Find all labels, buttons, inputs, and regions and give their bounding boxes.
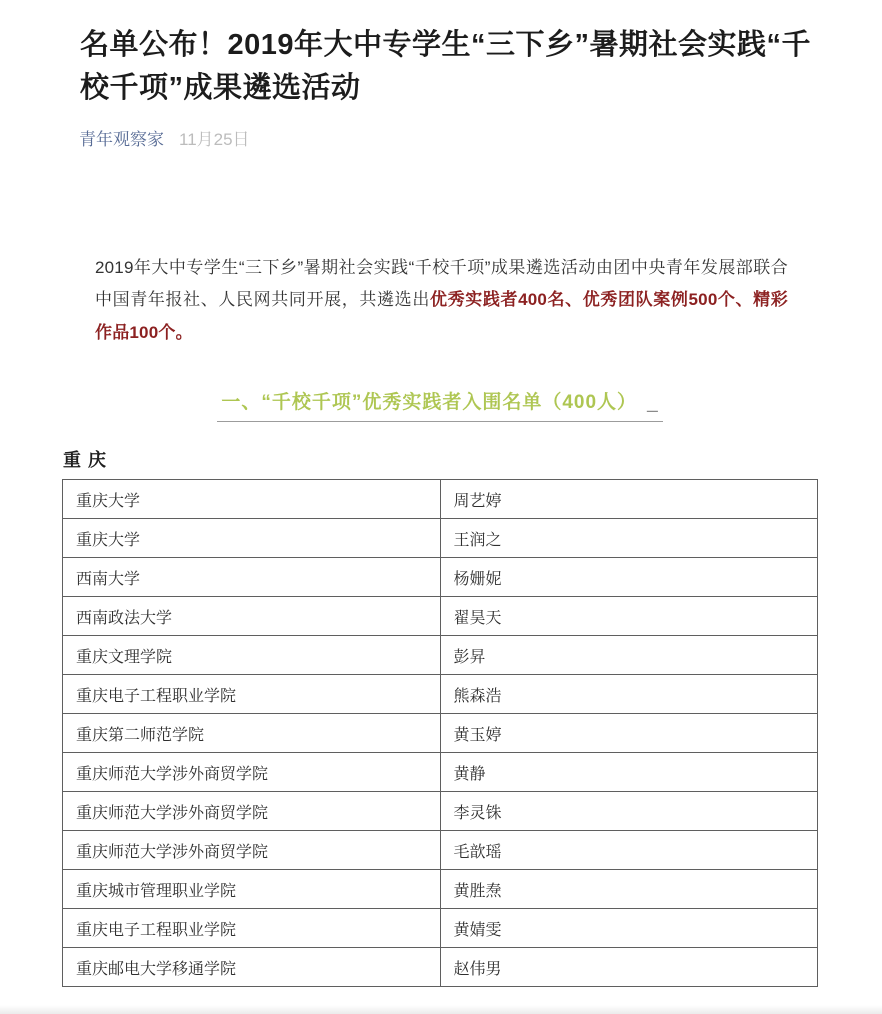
table-row: 重庆师范大学涉外商贸学院 李灵铢 [63,792,818,831]
name-cell: 翟昊天 [440,597,818,636]
name-cell: 黄静 [440,753,818,792]
region-heading: 重 庆 [63,446,818,472]
publish-date: 11月25日 [179,125,250,150]
name-cell: 黄玉婷 [440,714,818,753]
school-cell: 重庆师范大学涉外商贸学院 [63,831,441,870]
bottom-shade [0,1005,882,1014]
school-cell: 重庆电子工程职业学院 [63,675,441,714]
section-heading-wrap: 一、“千校千项”优秀实践者入围名单（400人）_ [62,387,818,422]
school-cell: 重庆第二师范学院 [63,714,441,753]
school-cell: 重庆师范大学涉外商贸学院 [63,792,441,831]
table-row: 重庆大学 王润之 [63,519,818,558]
name-cell: 熊森浩 [440,675,818,714]
table-row: 重庆师范大学涉外商贸学院 毛歆瑶 [63,831,818,870]
blank-spacer [62,150,818,252]
name-cell: 李灵铢 [440,792,818,831]
table-row: 重庆文理学院 彭昇 [63,636,818,675]
section-heading-text: 一、“千校千项”优秀实践者入围名单（400人） [221,392,637,413]
table-row: 重庆电子工程职业学院 熊森浩 [63,675,818,714]
school-cell: 重庆师范大学涉外商贸学院 [63,753,441,792]
winners-table: 重庆大学 周艺婷 重庆大学 王润之 西南大学 杨姗妮 西南政法大学 翟昊天 [62,479,818,987]
school-cell: 重庆文理学院 [63,636,441,675]
school-cell: 重庆大学 [63,480,441,519]
table-row: 重庆邮电大学移通学院 赵伟男 [63,948,818,987]
table-row: 重庆第二师范学院 黄玉婷 [63,714,818,753]
article-meta: 青年观察家 11月25日 [79,125,818,150]
table-row: 重庆师范大学涉外商贸学院 黄静 [63,753,818,792]
school-cell: 西南大学 [63,558,441,597]
school-cell: 重庆电子工程职业学院 [63,909,441,948]
table-row: 重庆城市管理职业学院 黄胜焘 [63,870,818,909]
school-cell: 重庆城市管理职业学院 [63,870,441,909]
article-page: 名单公布！2019年大中专学生“三下乡”暑期社会实践“千校千项”成果遴选活动 青… [0,0,882,1014]
name-cell: 黄胜焘 [440,870,818,909]
name-cell: 杨姗妮 [440,558,818,597]
page-title: 名单公布！2019年大中专学生“三下乡”暑期社会实践“千校千项”成果遴选活动 [80,24,812,110]
name-cell: 毛歆瑶 [440,831,818,870]
intro-paragraph: 2019年大中专学生“三下乡”暑期社会实践“千校千项”成果遴选活动由团中央青年发… [95,252,788,350]
table-row: 西南政法大学 翟昊天 [63,597,818,636]
school-cell: 重庆大学 [63,519,441,558]
name-cell: 周艺婷 [440,480,818,519]
name-cell: 黄婧雯 [440,909,818,948]
table-row: 重庆电子工程职业学院 黄婧雯 [63,909,818,948]
winners-table-body: 重庆大学 周艺婷 重庆大学 王润之 西南大学 杨姗妮 西南政法大学 翟昊天 [63,480,818,987]
name-cell: 彭昇 [440,636,818,675]
author-link[interactable]: 青年观察家 [79,125,164,150]
name-cell: 王润之 [440,519,818,558]
section-heading: 一、“千校千项”优秀实践者入围名单（400人）_ [217,387,662,422]
heading-underscore: _ [647,392,659,413]
table-row: 重庆大学 周艺婷 [63,480,818,519]
name-cell: 赵伟男 [440,948,818,987]
table-row: 西南大学 杨姗妮 [63,558,818,597]
school-cell: 西南政法大学 [63,597,441,636]
school-cell: 重庆邮电大学移通学院 [63,948,441,987]
